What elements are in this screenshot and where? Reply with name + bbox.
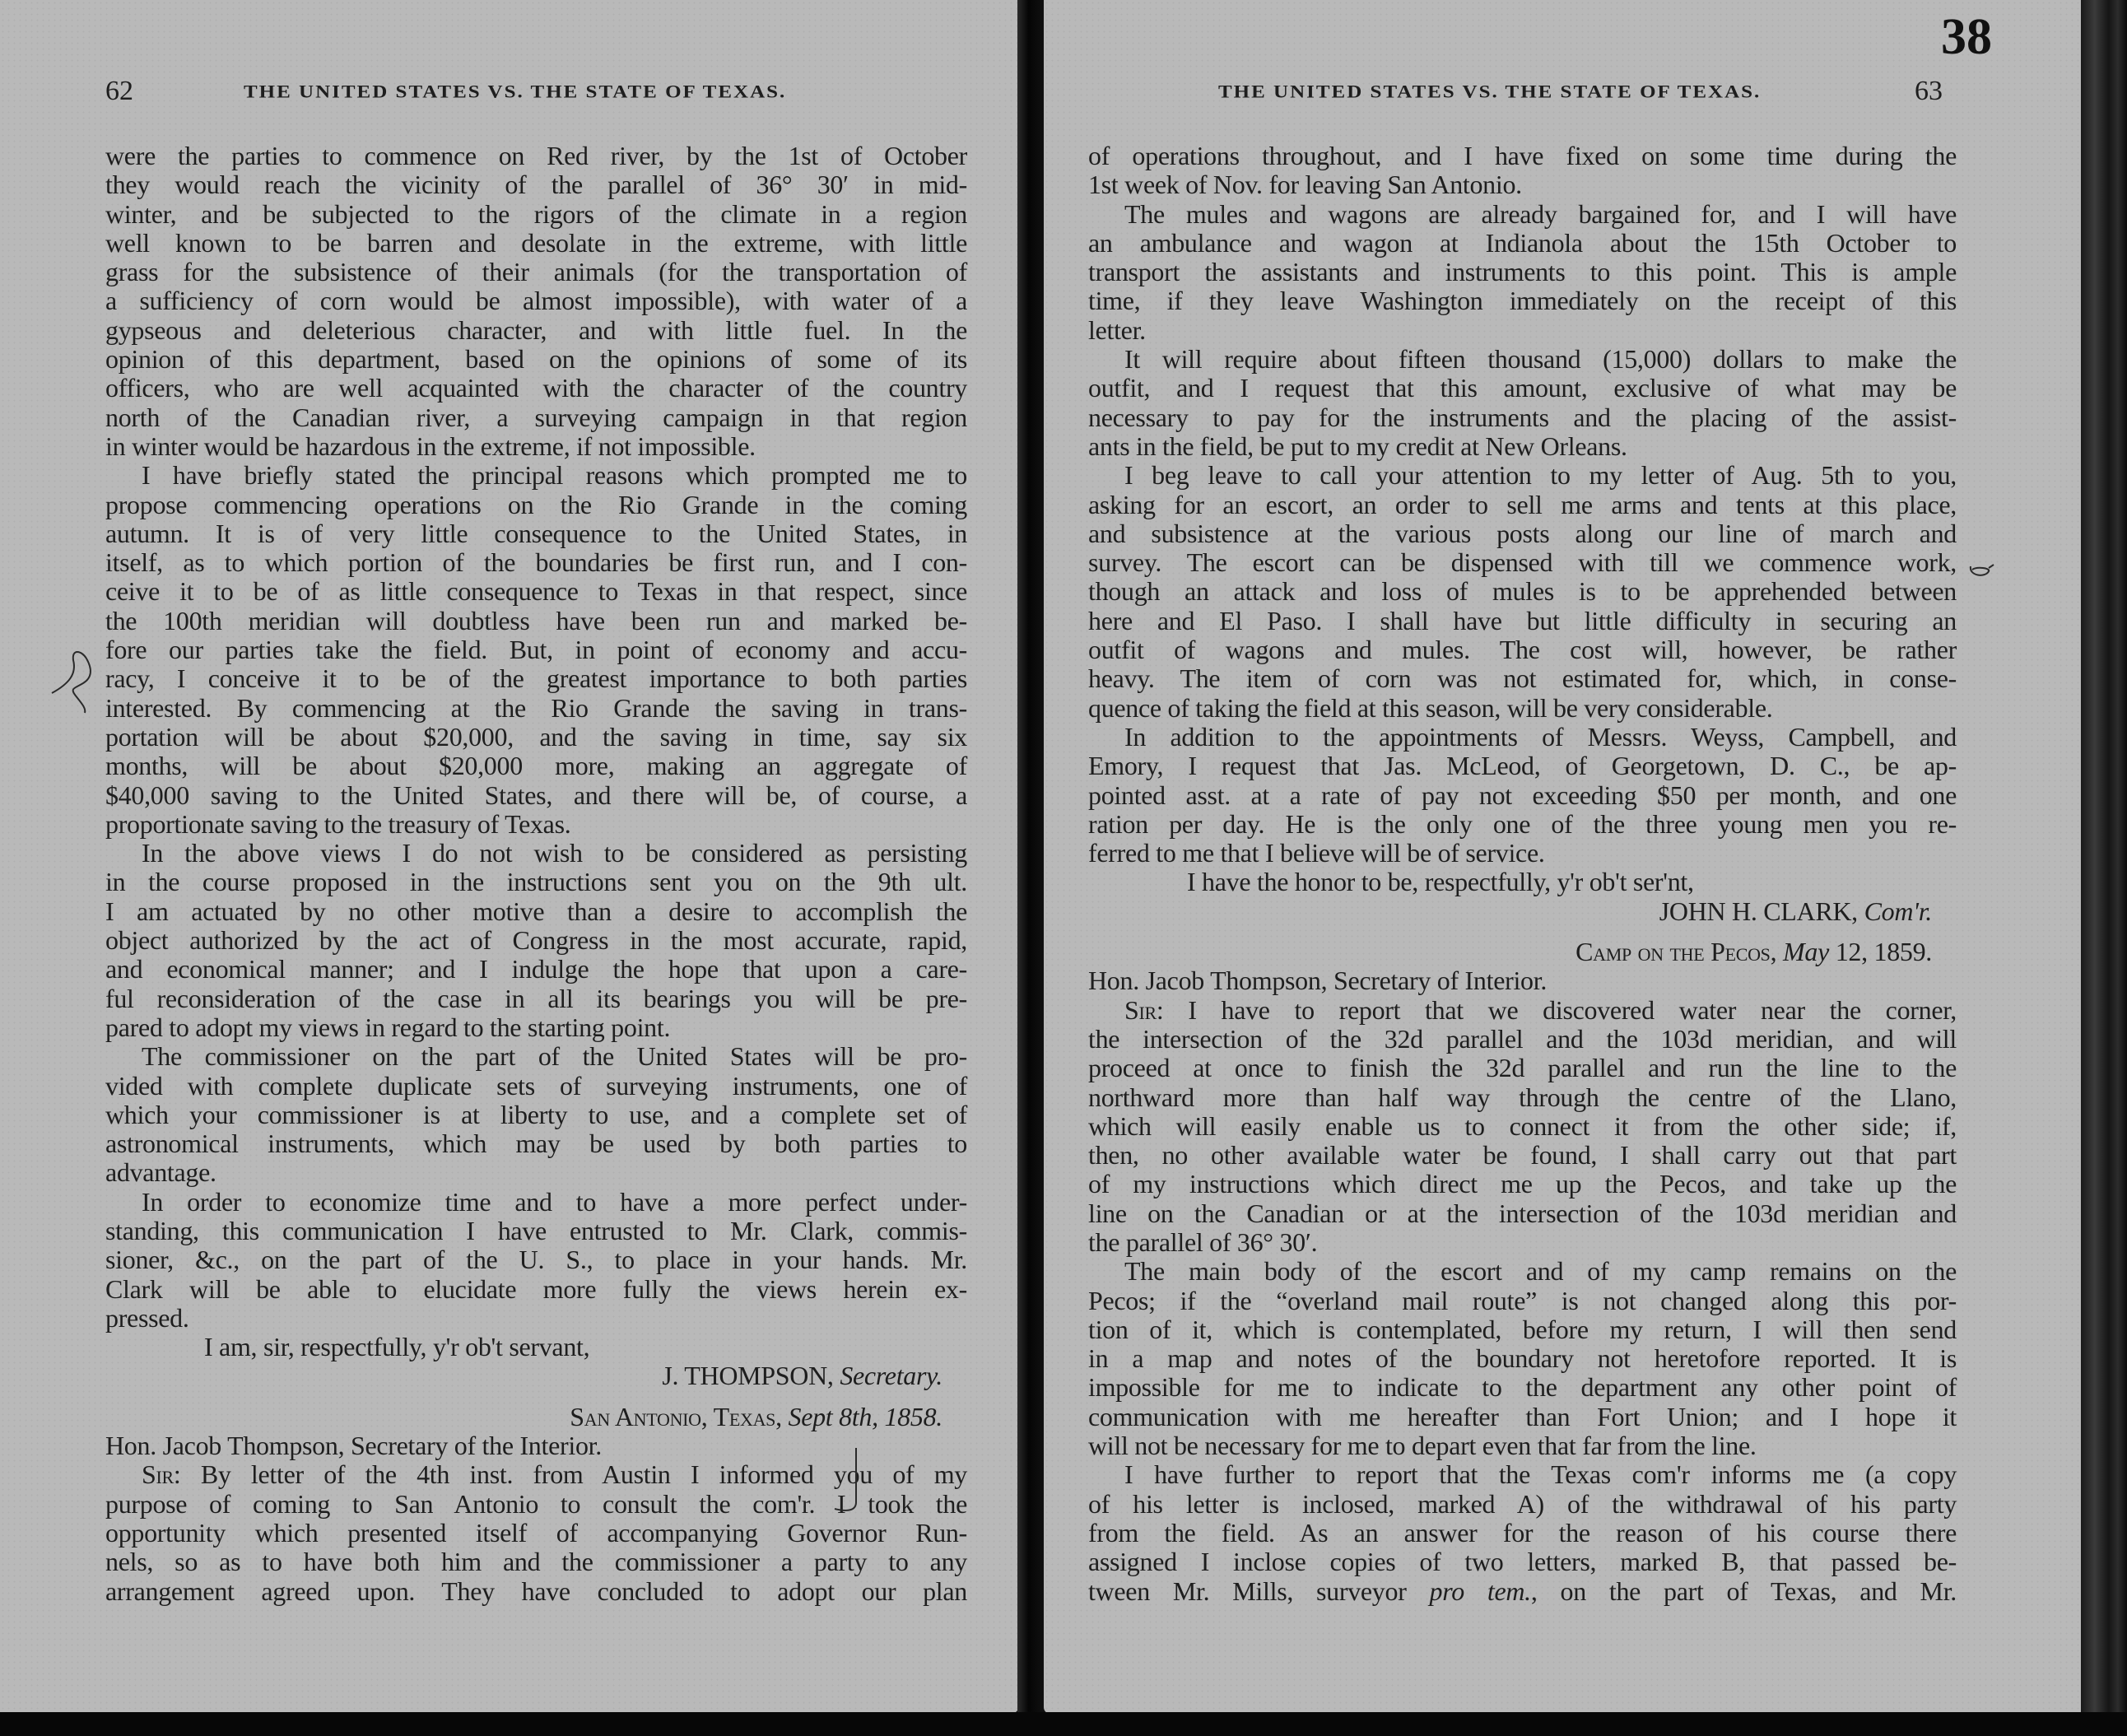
line-text: The mules and wagons are already bargain… (1124, 199, 1957, 229)
text-line: impossible for me to indicate to the dep… (1088, 1373, 1957, 1402)
text-line: Pecos; if the “overland mail route” is n… (1088, 1287, 1957, 1315)
text-line: standing, this communication I have entr… (105, 1217, 967, 1245)
text-line: and subsistence at the various posts alo… (1088, 519, 1957, 548)
text-line: racy, I conceive it to be of the greates… (105, 664, 967, 693)
dateline-day-year: 12, 1859. (1836, 937, 1932, 966)
line-text: astronomical instruments, which may be u… (105, 1129, 967, 1158)
line-text: officers, who are well acquainted with t… (105, 373, 967, 403)
handwritten-margin-mark (1966, 560, 1999, 584)
text-line: Emory, I request that Jas. McLeod, of Ge… (1088, 752, 1957, 780)
text-line: sioner, &c., on the part of the U. S., t… (105, 1245, 967, 1274)
text-line: opinion of this department, based on the… (105, 345, 967, 374)
text-line: vided with complete duplicate sets of su… (105, 1072, 967, 1101)
text-line: heavy. The item of corn was not estimate… (1088, 664, 1957, 693)
text-line: gypseous and deleterious character, and … (105, 316, 967, 345)
book-gutter (1017, 0, 1045, 1736)
margin-bracket-mark (45, 642, 103, 724)
line-text: It will require about fifteen thousand (… (1124, 344, 1957, 374)
signature-name: JOHN H. CLARK, (1659, 896, 1858, 926)
text-line: I have briefly stated the principal reas… (105, 461, 967, 490)
line-text: In order to economize time and to have a… (142, 1187, 967, 1217)
line-text: Clark will be able to elucidate more ful… (105, 1274, 967, 1304)
line-text: a sufficiency of corn would be almost im… (105, 286, 967, 315)
addressee-line: Hon. Jacob Thompson, Secretary of Interi… (1088, 966, 1957, 995)
line-text: $40,000 saving to the United States, and… (105, 780, 967, 810)
line-text: outfit of wagons and mules. The cost wil… (1088, 635, 1957, 664)
text-line: officers, who are well acquainted with t… (105, 374, 967, 403)
line-text: the 100th meridian will doubtless have b… (105, 606, 967, 635)
text-line: asking for an escort, an order to sell m… (1088, 491, 1957, 519)
line-text: standing, this communication I have entr… (105, 1216, 967, 1245)
text-line: Sir: I have to report that we discovered… (1088, 996, 1957, 1025)
salutation: Sir: (142, 1459, 181, 1489)
text-line: tween Mr. Mills, surveyor pro tem., on t… (1088, 1577, 1957, 1606)
text-line: line on the Canadian or at the intersect… (1088, 1199, 1957, 1228)
line-text: winter, and be subjected to the rigors o… (105, 199, 967, 229)
text-line: time, if they leave Washington immediate… (1088, 286, 1957, 315)
text-line: The mules and wagons are already bargain… (1088, 200, 1957, 229)
line-text: ration per day. He is the only one of th… (1088, 809, 1957, 839)
text-line: of my instructions which direct me up th… (1088, 1170, 1957, 1198)
line-text: proportionate saving to the treasury of … (105, 809, 570, 839)
line-text: ferred to me that I believe will be of s… (1088, 838, 1545, 868)
line-text: pointed asst. at a rate of pay not excee… (1088, 780, 1957, 810)
line-text: necessary to pay for the instruments and… (1088, 403, 1957, 432)
signature-title: Com'r. (1864, 896, 1932, 926)
line-text: here and El Paso. I shall have but littl… (1088, 606, 1957, 635)
line-text: and economical manner; and I indulge the… (105, 954, 967, 984)
line-text: interested. By commencing at the Rio Gra… (105, 693, 967, 723)
line-text: pressed. (105, 1303, 189, 1333)
right-body-lines: of operations throughout, and I have fix… (1088, 142, 1957, 897)
text-line: propose commencing operations on the Rio… (105, 491, 967, 519)
text-line: the parallel of 36° 30′. (1088, 1228, 1957, 1257)
text-line: I have the honor to be, respectfully, y'… (1088, 868, 1957, 896)
signature-title: Secretary. (840, 1361, 942, 1390)
line-text: line on the Canadian or at the intersect… (1088, 1198, 1957, 1228)
text-line: survey. The escort can be dispensed with… (1088, 548, 1957, 577)
text-line: transport the assistants and instruments… (1088, 258, 1957, 286)
line-text: an ambulance and wagon at Indianola abou… (1088, 228, 1957, 258)
line-text: I have briefly stated the principal reas… (142, 460, 967, 490)
text-line: object authorized by the act of Congress… (105, 926, 967, 955)
line-text: northward more than half way through the… (1088, 1082, 1957, 1112)
line-text: proceed at once to finish the 32d parall… (1088, 1053, 1957, 1082)
text-line: The commissioner on the part of the Unit… (105, 1042, 967, 1071)
line-text: letter. (1088, 315, 1146, 345)
text-line: pointed asst. at a rate of pay not excee… (1088, 781, 1957, 810)
line-text: from the field. As an answer for the rea… (1088, 1518, 1957, 1548)
text-line: I beg leave to call your attention to my… (1088, 461, 1957, 490)
line-text: asking for an escort, an order to sell m… (1088, 490, 1957, 519)
line-text: racy, I conceive it to be of the greates… (105, 663, 967, 693)
line-text: ceive it to be of as little consequence … (105, 576, 967, 606)
line-text: in winter would be hazardous in the extr… (105, 431, 756, 461)
text-line: itself, as to which portion of the bound… (105, 548, 967, 577)
text-line: though an attack and loss of mules is to… (1088, 577, 1957, 606)
book-fore-edge (2081, 0, 2127, 1736)
text-line: ration per day. He is the only one of th… (1088, 810, 1957, 839)
text-line: ful reconsideration of the case in all i… (105, 984, 967, 1013)
right-page-number: 63 (1915, 76, 1943, 107)
line-text: will not be necessary for me to depart e… (1088, 1431, 1757, 1460)
text-line: of operations throughout, and I have fix… (1088, 142, 1957, 170)
san-antonio-dateline: San Antonio, Texas, Sept 8th, 1858. (105, 1403, 967, 1431)
pecos-dateline: Camp on the Pecos, May 12, 1859. (1088, 938, 1957, 966)
text-line: from the field. As an answer for the rea… (1088, 1519, 1957, 1548)
line-text: tween Mr. Mills, surveyor (1088, 1576, 1430, 1606)
line-text: opportunity which presented itself of ac… (105, 1518, 967, 1548)
text-line: then, no other available water be found,… (1088, 1141, 1957, 1170)
line-text: and subsistence at the various posts alo… (1088, 519, 1957, 548)
text-line: In order to economize time and to have a… (105, 1188, 967, 1217)
text-line: I am, sir, respectfully, y'r ob't servan… (105, 1333, 967, 1361)
line-text: Emory, I request that Jas. McLeod, of Ge… (1088, 751, 1957, 780)
text-line: fore our parties take the field. But, in… (105, 635, 967, 664)
line-text: The commissioner on the part of the Unit… (142, 1041, 967, 1071)
text-line: outfit of wagons and mules. The cost wil… (1088, 635, 1957, 664)
line-text: fore our parties take the field. But, in… (105, 635, 967, 664)
right-text-column: of operations throughout, and I have fix… (1088, 142, 1957, 1606)
text-line: astronomical instruments, which may be u… (105, 1129, 967, 1158)
thompson-signature: J. THOMPSON, Secretary. (105, 1361, 967, 1390)
line-text: 1st week of Nov. for leaving San Antonio… (1088, 170, 1522, 199)
line-text: which your commissioner is at liberty to… (105, 1100, 967, 1129)
text-line: proceed at once to finish the 32d parall… (1088, 1054, 1957, 1082)
dateline-month: May (1783, 937, 1829, 966)
salutation: Sir: (1124, 995, 1164, 1025)
text-line: $40,000 saving to the United States, and… (105, 781, 967, 810)
text-line: quence of taking the field at this seaso… (1088, 694, 1957, 723)
text-line: autumn. It is of very little consequence… (105, 519, 967, 548)
line-text: gypseous and deleterious character, and … (105, 315, 967, 345)
line-text: of his letter is inclosed, marked A) of … (1088, 1489, 1957, 1519)
line-text: they would reach the vicinity of the par… (105, 170, 967, 199)
text-line: an ambulance and wagon at Indianola abou… (1088, 229, 1957, 258)
page-stamp-number: 38 (1941, 8, 1992, 67)
text-line: a sufficiency of corn would be almost im… (105, 286, 967, 315)
text-line: were the parties to commence on Red rive… (105, 142, 967, 170)
line-text: vided with complete duplicate sets of su… (105, 1071, 967, 1101)
text-line: the intersection of the 32d parallel and… (1088, 1025, 1957, 1054)
right-body-lines-2: Sir: I have to report that we discovered… (1088, 996, 1957, 1606)
line-text: I have further to report that the Texas … (1124, 1459, 1957, 1489)
text-line: advantage. (105, 1158, 967, 1187)
text-line: in winter would be hazardous in the extr… (105, 432, 967, 461)
right-page: 38 THE UNITED STATES VS. THE STATE OF TE… (1044, 0, 2083, 1714)
line-text: grass for the subsistence of their anima… (105, 257, 967, 286)
pencil-bracket-mark (823, 1445, 873, 1519)
line-text: I have to report that we discovered wate… (1188, 995, 1957, 1025)
line-text: In addition to the appointments of Messr… (1124, 722, 1957, 752)
text-line: opportunity which presented itself of ac… (105, 1519, 967, 1548)
text-line: they would reach the vicinity of the par… (105, 170, 967, 199)
signature-name: J. THOMPSON, (662, 1361, 833, 1390)
line-text: nels, so as to have both him and the com… (105, 1547, 967, 1576)
left-running-head: THE UNITED STATES VS. THE STATE OF TEXAS… (244, 81, 786, 102)
line-text: I am, sir, respectfully, y'r ob't servan… (204, 1332, 589, 1361)
scan-bottom-border (0, 1712, 2127, 1736)
line-text: assigned I inclose copies of two letters… (1088, 1547, 1957, 1576)
text-line: In the above views I do not wish to be c… (105, 839, 967, 868)
line-text: arrangement agreed upon. They have concl… (105, 1576, 967, 1606)
text-line: ferred to me that I believe will be of s… (1088, 839, 1957, 868)
left-text-column: were the parties to commence on Red rive… (105, 142, 967, 1606)
dateline-place: Camp on the Pecos, (1575, 937, 1776, 966)
line-text: transport the assistants and instruments… (1088, 257, 1957, 286)
left-body-lines: were the parties to commence on Red rive… (105, 142, 967, 1361)
text-line: 1st week of Nov. for leaving San Antonio… (1088, 170, 1957, 199)
line-text: then, no other available water be found,… (1088, 1140, 1957, 1170)
text-line: interested. By commencing at the Rio Gra… (105, 694, 967, 723)
line-text-tail: , on the part of Texas, and Mr. (1531, 1576, 1957, 1606)
text-line: ceive it to be of as little consequence … (105, 577, 967, 606)
clark-signature: JOHN H. CLARK, Com'r. (1088, 897, 1957, 926)
text-line: I am actuated by no other motive than a … (105, 897, 967, 926)
left-page: 62 THE UNITED STATES VS. THE STATE OF TE… (0, 0, 1019, 1714)
text-line: which will easily enable us to connect i… (1088, 1112, 1957, 1141)
line-text: the parallel of 36° 30′. (1088, 1227, 1317, 1257)
line-text: itself, as to which portion of the bound… (105, 547, 967, 577)
text-line: pressed. (105, 1304, 967, 1333)
text-line: of his letter is inclosed, marked A) of … (1088, 1490, 1957, 1519)
line-text: I have the honor to be, respectfully, y'… (1187, 867, 1694, 896)
line-text: sioner, &c., on the part of the U. S., t… (105, 1245, 967, 1274)
line-text: object authorized by the act of Congress… (105, 925, 967, 955)
text-line: pared to adopt my views in regard to the… (105, 1013, 967, 1042)
text-line: arrangement agreed upon. They have concl… (105, 1577, 967, 1606)
left-page-number: 62 (105, 76, 133, 107)
text-line: northward more than half way through the… (1088, 1083, 1957, 1112)
text-line: In addition to the appointments of Messr… (1088, 723, 1957, 752)
line-text: in a map and notes of the boundary not h… (1088, 1343, 1957, 1373)
line-text: advantage. (105, 1157, 216, 1187)
line-text: tion of it, which is contemplated, befor… (1088, 1315, 1957, 1344)
text-line: well known to be barren and desolate in … (105, 229, 967, 258)
text-line: which your commissioner is at liberty to… (105, 1101, 967, 1129)
text-line: It will require about fifteen thousand (… (1088, 345, 1957, 374)
text-line: in the course proposed in the instructio… (105, 868, 967, 896)
text-line: tion of it, which is contemplated, befor… (1088, 1315, 1957, 1344)
line-text: though an attack and loss of mules is to… (1088, 576, 1957, 606)
line-text: were the parties to commence on Red rive… (105, 141, 967, 170)
line-text: propose commencing operations on the Rio… (105, 490, 967, 519)
text-line: nels, so as to have both him and the com… (105, 1548, 967, 1576)
text-line: assigned I inclose copies of two letters… (1088, 1548, 1957, 1576)
line-text: survey. The escort can be dispensed with… (1088, 547, 1957, 577)
text-line: north of the Canadian river, a surveying… (105, 403, 967, 432)
italic-text: pro tem. (1430, 1576, 1531, 1606)
text-line: winter, and be subjected to the rigors o… (105, 200, 967, 229)
line-text: months, will be about $20,000 more, maki… (105, 751, 967, 780)
line-text: well known to be barren and desolate in … (105, 228, 967, 258)
text-line: the 100th meridian will doubtless have b… (105, 607, 967, 635)
text-line: Clark will be able to elucidate more ful… (105, 1275, 967, 1304)
line-text: north of the Canadian river, a surveying… (105, 403, 967, 432)
line-text: ful reconsideration of the case in all i… (105, 984, 967, 1013)
text-line: ants in the field, be put to my credit a… (1088, 432, 1957, 461)
line-text: Pecos; if the “overland mail route” is n… (1088, 1286, 1957, 1315)
dateline-date: Sept 8th, 1858. (789, 1402, 943, 1431)
line-text: portation will be about $20,000, and the… (105, 722, 967, 752)
text-line: outfit, and I request that this amount, … (1088, 374, 1957, 403)
dateline-place: San Antonio, Texas, (570, 1402, 782, 1431)
line-text: I am actuated by no other motive than a … (105, 896, 967, 926)
line-text: in the course proposed in the instructio… (105, 867, 967, 896)
line-text: heavy. The item of corn was not estimate… (1088, 663, 1957, 693)
line-text: impossible for me to indicate to the dep… (1088, 1372, 1957, 1402)
line-text: pared to adopt my views in regard to the… (105, 1012, 670, 1042)
line-text: outfit, and I request that this amount, … (1088, 373, 1957, 403)
text-line: grass for the subsistence of their anima… (105, 258, 967, 286)
text-line: letter. (1088, 316, 1957, 345)
line-text: quence of taking the field at this seaso… (1088, 693, 1772, 723)
text-line: and economical manner; and I indulge the… (105, 955, 967, 984)
line-text: which will easily enable us to connect i… (1088, 1111, 1957, 1141)
text-line: proportionate saving to the treasury of … (105, 810, 967, 839)
line-text: I beg leave to call your attention to my… (1124, 460, 1957, 490)
text-line: months, will be about $20,000 more, maki… (105, 752, 967, 780)
right-running-head: THE UNITED STATES VS. THE STATE OF TEXAS… (1218, 81, 1761, 102)
text-line: necessary to pay for the instruments and… (1088, 403, 1957, 432)
text-line: communication with me hereafter than For… (1088, 1403, 1957, 1431)
line-text: the intersection of the 32d parallel and… (1088, 1024, 1957, 1054)
line-text: of my instructions which direct me up th… (1088, 1169, 1957, 1198)
line-text: of operations throughout, and I have fix… (1088, 141, 1957, 170)
line-text: communication with me hereafter than For… (1088, 1402, 1957, 1431)
text-line: portation will be about $20,000, and the… (105, 723, 967, 752)
line-text: In the above views I do not wish to be c… (142, 838, 967, 868)
line-text: opinion of this department, based on the… (105, 344, 967, 374)
text-line: in a map and notes of the boundary not h… (1088, 1344, 1957, 1373)
line-text: autumn. It is of very little consequence… (105, 519, 967, 548)
text-line: will not be necessary for me to depart e… (1088, 1431, 1957, 1460)
text-line: here and El Paso. I shall have but littl… (1088, 607, 1957, 635)
text-line: I have further to report that the Texas … (1088, 1460, 1957, 1489)
line-text: ants in the field, be put to my credit a… (1088, 431, 1627, 461)
text-line: The main body of the escort and of my ca… (1088, 1257, 1957, 1286)
line-text: The main body of the escort and of my ca… (1124, 1256, 1957, 1286)
line-text: time, if they leave Washington immediate… (1088, 286, 1957, 315)
